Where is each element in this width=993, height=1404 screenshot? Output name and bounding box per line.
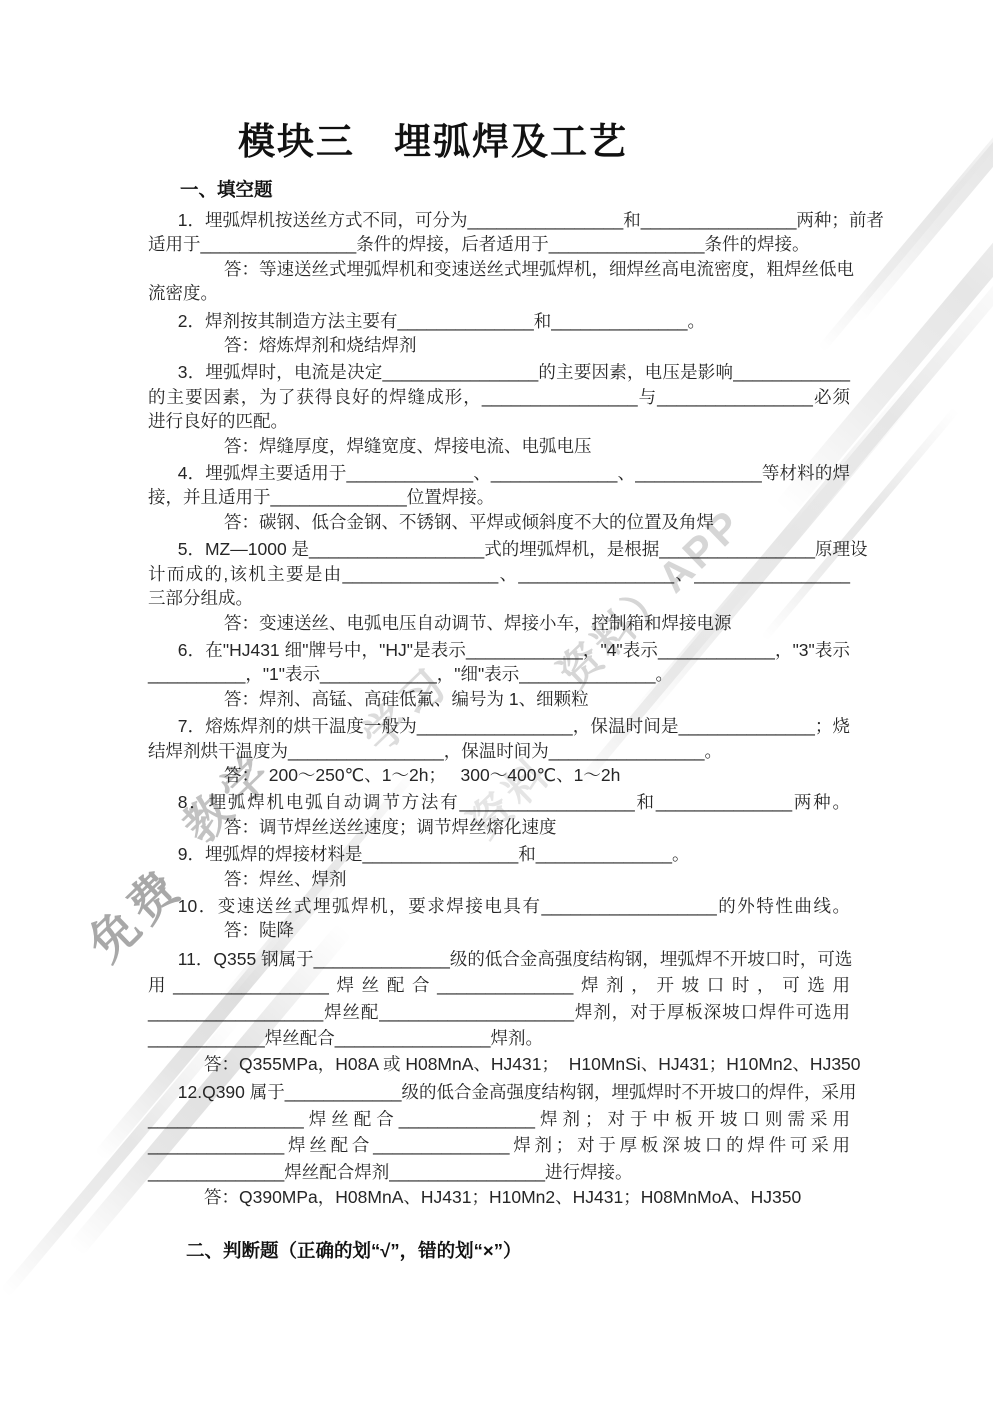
text-line: 答：等速送丝式埋弧焊机和变速送丝式埋弧焊机，细焊丝高电流密度，粗焊丝低电 bbox=[148, 257, 850, 281]
text-line: 11．Q355 钢属于______________级的低合金高强度结构钢，埋弧焊… bbox=[148, 946, 850, 973]
page-title: 模块三 埋弧焊及工艺 bbox=[238, 116, 850, 168]
text-line: 8．埋弧焊机电弧自动调节方法有__________________和______… bbox=[148, 790, 850, 814]
text-line: __________________焊丝配___________________… bbox=[148, 999, 850, 1026]
section-fill-heading: 一、填空题 bbox=[180, 177, 850, 203]
text-line: 答：变速送丝、电弧电压自动调节、焊接小车，控制箱和焊接电源 bbox=[148, 611, 850, 635]
text-line: ______________焊丝配合______________焊剂；对于厚板深… bbox=[148, 1132, 850, 1159]
text-line: 答：陡降 bbox=[148, 918, 850, 942]
text-line: 答：焊剂、高锰、高硅低氟、编号为 1、细颗粒 bbox=[148, 687, 850, 711]
streak-icon bbox=[849, 0, 993, 324]
text-line: 2．焊剂按其制造方法主要有______________和____________… bbox=[148, 309, 850, 333]
text-line: 1．埋弧焊机按送丝方式不同，可分为________________和______… bbox=[148, 208, 850, 232]
text-line: 4．埋弧焊主要适用于_____________、_____________、__… bbox=[148, 461, 850, 485]
text-line: 3．埋弧焊时，电流是决定________________的主要因素，电压是影响_… bbox=[148, 360, 850, 384]
fill-blank-lines: 1．埋弧焊机按送丝方式不同，可分为________________和______… bbox=[148, 208, 850, 1210]
text-line: ______________焊丝配合焊剂________________进行焊接… bbox=[148, 1159, 850, 1186]
text-line: 9．埋弧焊的焊接材料是________________和____________… bbox=[148, 842, 850, 866]
text-line: 答：焊丝、焊剂 bbox=[148, 867, 850, 891]
text-line: 流密度。 bbox=[148, 281, 850, 305]
text-line: 答：Q390MPa，H08MnA、HJ431；H10Mn2、HJ431；H08M… bbox=[148, 1185, 850, 1209]
document-page: 免费 教学 学习 资料）APP 资料 模块三 埋弧焊及工艺 一、填空题 1．埋弧… bbox=[0, 0, 993, 1404]
text-line: 答：碳钢、低合金钢、不锈钢、平焊或倾斜度不大的位置及角焊 bbox=[148, 510, 850, 534]
text-line: 答：熔炼焊剂和烧结焊剂 bbox=[148, 333, 850, 357]
section-judge-heading: 二、判断题（正确的划“√”，错的划“×”） bbox=[186, 1238, 850, 1264]
text-line: 答：Q355MPa，H08A 或 H08MnA、HJ431； H10MnSi、H… bbox=[148, 1052, 850, 1076]
text-line: 答：调节焊丝送丝速度；调节焊丝熔化速度 bbox=[148, 815, 850, 839]
text-line: __________，"1"表示____________，"细"表示______… bbox=[148, 662, 850, 686]
text-line: 进行良好的匹配。 bbox=[148, 409, 850, 433]
text-line: 12.Q390 属于____________级的低合金高强度结构钢，埋弧焊时不开… bbox=[148, 1079, 850, 1106]
document-content: 模块三 埋弧焊及工艺 一、填空题 1．埋弧焊机按送丝方式不同，可分为______… bbox=[148, 116, 850, 1264]
text-line: 答：焊缝厚度，焊缝宽度、焊接电流、电弧电压 bbox=[148, 434, 850, 458]
text-line: 结焊剂烘干温度为________________，保温时间为__________… bbox=[148, 739, 850, 763]
text-line: 计而成的,该机主要是由________________、____________… bbox=[148, 562, 850, 586]
text-line: 接，并且适用于______________位置焊接。 bbox=[148, 485, 850, 509]
text-line: 适用于________________条件的焊接，后者适用于__________… bbox=[148, 232, 850, 256]
text-line: 答： 200～250℃、1～2h； 300～400℃、1～2h bbox=[148, 763, 850, 787]
text-line: ________________焊丝配合______________焊剂；对于中… bbox=[148, 1106, 850, 1133]
text-line: 10．变速送丝式埋弧焊机，要求焊接电具有__________________的外… bbox=[148, 894, 850, 918]
text-line: 用________________焊丝配合______________焊剂，开坡… bbox=[148, 972, 850, 999]
text-line: 三部分组成。 bbox=[148, 586, 850, 610]
text-line: 6．在"HJ431 细"牌号中，"HJ"是表示____________，"4"表… bbox=[148, 638, 850, 662]
text-line: 7．熔炼焊剂的烘干温度一般为________________，保温时间是____… bbox=[148, 714, 850, 738]
text-line: 5．MZ—1000 是__________________式的埋弧焊机，是根据_… bbox=[148, 537, 850, 561]
text-line: ____________焊丝配合________________焊剂。 bbox=[148, 1025, 850, 1052]
text-line: 的主要因素，为了获得良好的焊缝成形，________________与_____… bbox=[148, 385, 850, 409]
